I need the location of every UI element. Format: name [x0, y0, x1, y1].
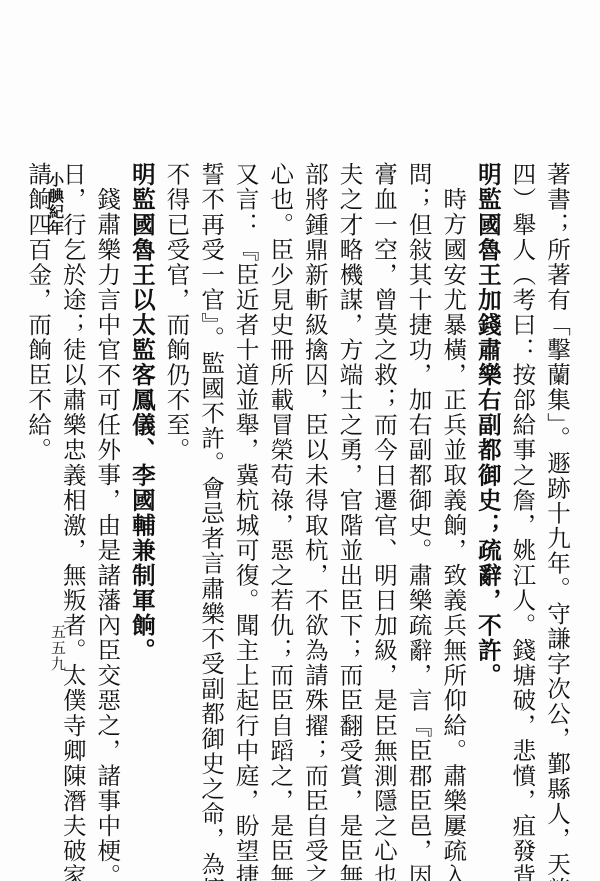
text-column: 夫之才略機謀，方端士之勇，官階並出臣下；而臣翻受賞，是臣無羞惡之心也。臣	[332, 162, 367, 822]
text-column: 著書；所著有「擊蘭集」。遯跡十九年。守謙字次公，鄞縣人，天啓甲子（一六二	[539, 162, 574, 822]
text-column: 日，行乞於途；徒以肅樂忠義相激，無叛者。太僕寺卿陳潛夫破家治兵，貲既竭，	[55, 162, 90, 822]
text-column: 誓不再受一官』。監國不許。會忌者言肅樂不受副都御史之命，為懷二心於閩也；	[193, 162, 228, 822]
section-heading: 明監國魯王以太監客鳳儀、李國輔兼制軍餉。	[124, 162, 159, 822]
text-column: 請餉四百金，而餉臣不給。	[21, 162, 56, 822]
text-column: 心也。臣少見史冊所載冒榮苟祿，惡之若仇；而臣自蹈之，是臣無是非之心也』。	[263, 162, 298, 822]
text-column: 膏血一空，曾莫之救；而今日遷官、明日加級，是臣無測隱之心也。沈宸荃、陳潛	[366, 162, 401, 822]
text-column: 不得已受官，而餉仍不至。	[159, 162, 194, 822]
text-column: 四）舉人（考曰：按郃給事之詹，姚江人。錢塘破，悲憤，疽發背死）。	[505, 162, 540, 822]
section-heading: 明監國魯王加錢肅樂右副都御史；疏辭，不許。	[470, 162, 505, 822]
text-column: 錢肅樂力言中官不可任外事，由是諸藩內臣交惡之，諸事中梗。兵至斷餉四十	[90, 162, 125, 822]
text-column: 又言：『臣近者十道並舉，冀杭城可復。聞主上起行中庭，盼望捷音；臣不入杭，	[228, 162, 263, 822]
text-column: 問；但敍其十捷功，加右副都御史。肅樂疏辭，言『臣郡臣邑，因臣起義兵，桑梓	[401, 162, 436, 822]
vertical-text-body: 著書；所著有「擊蘭集」。遯跡十九年。守謙字次公，鄞縣人，天啓甲子（一六二 四）舉…	[21, 162, 575, 822]
book-page: 小腆紀年 五五九 著書；所著有「擊蘭集」。遯跡十九年。守謙字次公，鄞縣人，天啓甲…	[0, 0, 600, 881]
text-column: 時方國安尤暴橫，正兵並取義餉，致義兵無所仰給。肅樂屢疏入告，監國不能	[436, 162, 471, 822]
text-column: 部將鍾鼎新斬級擒囚，臣以未得取杭，不欲為請殊擢；而臣自受之，是臣無辭讓之	[297, 162, 332, 822]
